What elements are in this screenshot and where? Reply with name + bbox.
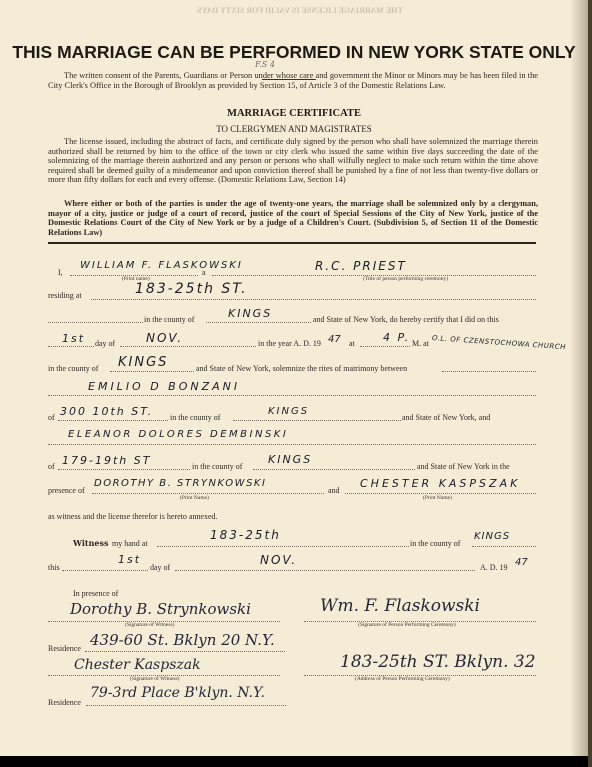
label-my-hand-at: my hand at	[112, 539, 148, 548]
ceremony-county-line	[110, 371, 194, 372]
annexed-statement: as witness and the license therefor is h…	[48, 512, 218, 521]
label-residing-at: residing at	[48, 291, 82, 300]
label-state-in-the: and State of New York in the	[417, 462, 510, 471]
witness2-residence-line	[86, 705, 286, 706]
print-name-caption-2: (Print Name)	[423, 495, 452, 501]
ceremony-county[interactable]: KINGS	[118, 355, 168, 370]
page-title: THIS MARRIAGE CAN BE PERFORMED IN NEW YO…	[0, 42, 588, 63]
bleed-through-text: THE MARRIAGE LICENSE IS VALID FOR SIXTY …	[150, 6, 450, 15]
performer-address[interactable]: 183-25th ST. Bklyn. 32	[340, 652, 536, 672]
label-in-county-of: in the county of	[144, 315, 194, 324]
label-a: a	[202, 268, 206, 277]
print-name-caption-1: (Print Name)	[180, 495, 209, 501]
witness2-signature[interactable]: Chester Kaspszak	[74, 657, 201, 673]
performer-signature[interactable]: Wm. F. Flaskowski	[320, 596, 480, 616]
witness-county[interactable]: KINGS	[474, 531, 510, 542]
label-this: this	[48, 563, 60, 572]
label-residence-2: Residence	[48, 698, 81, 707]
label-in-presence-of: In presence of	[73, 589, 118, 598]
label-of-2: of	[48, 462, 55, 471]
witness-county-line	[472, 546, 536, 547]
signature-performer-caption: (Signature of Person Performing Ceremony…	[358, 622, 456, 628]
witness-year[interactable]: 47	[515, 557, 528, 568]
divider	[262, 79, 316, 80]
signature-witness-caption-2: (Signature of Witness)	[130, 676, 179, 682]
groom-address[interactable]: 300 10th ST.	[60, 405, 153, 418]
label-certify: and State of New York, do hereby certify…	[313, 315, 499, 324]
scan-edge	[588, 0, 592, 767]
certificate-page: THE MARRIAGE LICENSE IS VALID FOR SIXTY …	[0, 0, 588, 756]
witness1-print-line	[92, 493, 324, 494]
label-presence-of: presence of	[48, 486, 85, 495]
label-day-of-2: day of	[150, 563, 170, 572]
groom-county[interactable]: KINGS	[268, 406, 309, 417]
witness-month-line	[175, 570, 475, 571]
groom-name[interactable]: EMILIO D BONZANI	[88, 380, 240, 393]
ceremony-year[interactable]: 47	[328, 334, 341, 345]
county-line	[206, 322, 311, 323]
witness1-residence[interactable]: 439-60 St. Bklyn 20 N.Y.	[90, 631, 275, 649]
section-divider	[48, 242, 536, 244]
label-at: at	[349, 339, 355, 348]
ceremony-place[interactable]: O.L. OF CZENSTOCHOWA CHURCH	[432, 334, 566, 351]
groom-address-line	[58, 420, 168, 421]
signature-witness-caption-1: (Signature of Witness)	[125, 622, 174, 628]
bride-county-line	[253, 469, 415, 470]
residence-line	[91, 299, 536, 300]
ceremony-day[interactable]: 1st	[62, 332, 85, 345]
witness1-print-name[interactable]: DOROTHY B. STRYNKOWSKI	[94, 478, 266, 489]
title-caption: (Title of person performing ceremony)	[363, 276, 448, 282]
bride-address[interactable]: 179-19th ST	[62, 454, 151, 467]
witness2-print-line	[345, 493, 536, 494]
label-state-and: and State of New York, and	[402, 413, 490, 422]
witness1-signature[interactable]: Dorothy B. Strynkowski	[70, 600, 251, 618]
label-in-county-of-2: in the county of	[48, 364, 98, 373]
label-day-of: day of	[95, 339, 115, 348]
label-in-county-of-3: in the county of	[170, 413, 220, 422]
bride-address-line	[58, 469, 190, 470]
label-and: and	[328, 486, 340, 495]
month-line	[120, 346, 256, 347]
witness1-residence-line	[85, 651, 285, 652]
label-of: of	[48, 413, 55, 422]
label-residence-1: Residence	[48, 644, 81, 653]
consent-paragraph: The written consent of the Parents, Guar…	[48, 71, 538, 90]
address-performer-caption: (Address of Person Performing Ceremony)	[355, 676, 450, 682]
bride-name[interactable]: ELEANOR DOLORES DEMBINSKI	[68, 429, 288, 440]
label-ad-19: A. D. 19	[480, 563, 508, 572]
day-line	[48, 346, 94, 347]
blank-line-2	[442, 371, 536, 372]
label-m-at: M. at	[412, 339, 429, 348]
ceremony-time[interactable]: 4 P.	[383, 331, 410, 344]
witness-hand-at[interactable]: 183-25th	[210, 528, 281, 542]
age-requirement-paragraph: Where either or both of the parties is u…	[48, 199, 538, 237]
bride-name-line	[48, 444, 536, 445]
certificate-heading: MARRIAGE CERTIFICATE	[0, 108, 588, 119]
license-paragraph: The license issued, including the abstra…	[48, 137, 538, 185]
label-in-year: in the year A. D. 19	[258, 339, 321, 348]
witness-day[interactable]: 1st	[118, 553, 141, 566]
officiant-title[interactable]: R.C. PRIEST	[315, 259, 407, 273]
time-line	[360, 346, 410, 347]
witness2-print-name[interactable]: CHESTER KASPSZAK	[360, 477, 520, 490]
consent-annotation: F.S 4	[255, 60, 275, 69]
ceremony-month[interactable]: NOV.	[146, 331, 183, 345]
officiant-county[interactable]: KINGS	[228, 307, 272, 320]
label-solemnize: and State of New York, solemnize the rit…	[196, 364, 407, 373]
officiant-name[interactable]: WILLIAM F. FLASKOWSKI	[80, 260, 243, 271]
bride-county[interactable]: KINGS	[268, 453, 312, 466]
witness-month[interactable]: NOV.	[260, 553, 297, 567]
certificate-subheading: TO CLERGYMEN AND MAGISTRATES	[0, 124, 588, 134]
label-i: I,	[58, 268, 63, 277]
groom-name-line	[48, 395, 536, 396]
officiant-residence[interactable]: 183-25th ST.	[135, 281, 248, 297]
witness2-residence[interactable]: 79-3rd Place B'klyn. N.Y.	[90, 685, 265, 701]
witness-word: Witness	[73, 538, 109, 548]
label-county-of: in the county of	[410, 539, 460, 548]
label-in-county-of-4: in the county of	[192, 462, 242, 471]
hand-at-line	[157, 546, 409, 547]
witness-day-line	[62, 570, 148, 571]
groom-county-line	[233, 420, 401, 421]
blank-line	[48, 322, 143, 323]
